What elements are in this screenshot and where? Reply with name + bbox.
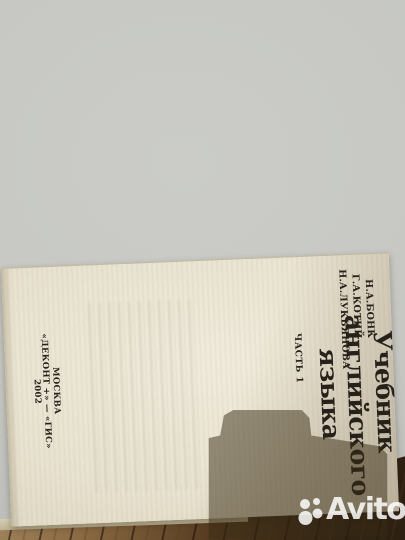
avito-brand-text: Avito: [326, 493, 405, 527]
part-label: ЧАСТЬ 1: [292, 333, 304, 384]
avito-watermark: Avito: [295, 493, 405, 527]
avito-circles-logo-icon: [295, 493, 325, 527]
listing-photo: Н.А.БОНК Г.А.КОТИЙ Н.А.ЛУКЬЯНОВА Учебник…: [0, 0, 405, 540]
show-through-text: [80, 299, 198, 493]
publisher-block: МОСКВА «ДЕКОНТ +» — «ГИС» 2002: [29, 326, 63, 457]
